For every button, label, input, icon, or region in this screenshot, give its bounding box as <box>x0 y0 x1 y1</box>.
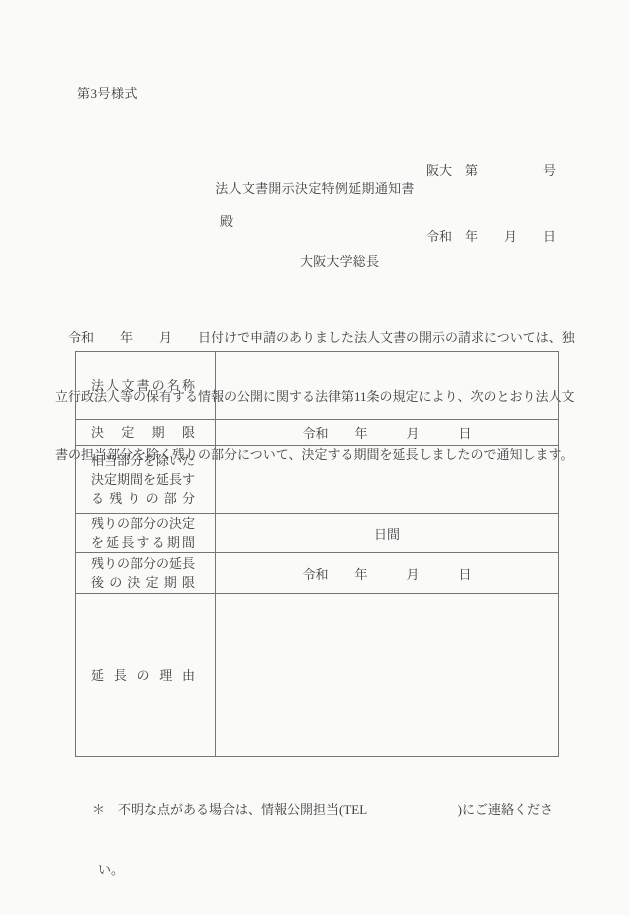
sender-title: 大阪大学総長 <box>300 251 379 270</box>
row-label-document-name: 法人文書の名称 <box>91 376 195 395</box>
row-value-remaining-part <box>216 446 559 514</box>
form-number: 第3号様式 <box>77 83 138 102</box>
row-label-decision-deadline: 決定期限 <box>91 423 195 442</box>
table-row: 延長の理由 <box>76 594 559 757</box>
table-row: 法人文書の名称 <box>76 352 559 420</box>
table-row: 相当部分を除いた決定期間を延長する残りの部分 <box>76 446 559 514</box>
row-value-extension-period: 日間 <box>216 514 559 553</box>
row-label-extension-reason: 延長の理由 <box>91 666 195 685</box>
body-line-1: 令和 年 月 日付けで申請のありました法人文書の開示の請求については、独 <box>55 328 575 348</box>
notification-table: 法人文書の名称 決定期限 令和 年 月 日 相当部分を除いた決定期間を延長する残… <box>75 351 559 757</box>
document-title: 法人文書開示決定特例延期通知書 <box>0 178 630 197</box>
row-value-decision-deadline: 令和 年 月 日 <box>216 420 559 446</box>
table-row: 残りの部分の延長後の決定期限 令和 年 月 日 <box>76 553 559 594</box>
row-label-remaining-part: 相当部分を除いた決定期間を延長する残りの部分 <box>91 451 195 508</box>
table-row: 残りの部分の決定を延長する期間 日間 <box>76 514 559 553</box>
contact-note-line-2: い。 <box>92 860 553 880</box>
contact-note: ＊ 不明な点がある場合は、情報公開担当(TEL )にご連絡くださ い。 <box>92 760 553 915</box>
row-label-extended-deadline: 残りの部分の延長後の決定期限 <box>91 554 195 592</box>
row-value-extension-reason <box>216 594 559 757</box>
table-row: 決定期限 令和 年 月 日 <box>76 420 559 446</box>
date-line: 令和 年 月 日 <box>426 226 556 248</box>
row-label-extension-period: 残りの部分の決定を延長する期間 <box>91 514 195 552</box>
addressee-suffix: 殿 <box>220 211 233 230</box>
contact-note-line-1: ＊ 不明な点がある場合は、情報公開担当(TEL )にご連絡くださ <box>92 800 553 820</box>
document-page: 第3号様式 阪大 第 号 令和 年 月 日 法人文書開示決定特例延期通知書 殿 … <box>0 0 630 915</box>
row-value-extended-deadline: 令和 年 月 日 <box>216 553 559 594</box>
row-value-document-name <box>216 352 559 420</box>
header-right-block: 阪大 第 号 令和 年 月 日 <box>426 116 556 292</box>
